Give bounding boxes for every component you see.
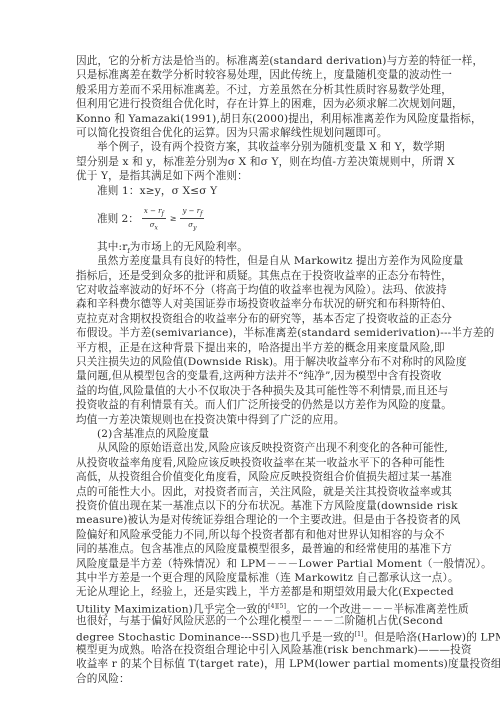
geq-operator: ≥: [170, 214, 177, 223]
citation-ref: [4][5]: [268, 603, 286, 610]
text-line: 克拉克对含期权投资组合的收益率分布的研究等，基本否定了投资收益的正态分: [76, 312, 424, 326]
lhs-fraction: x − rf σx: [142, 207, 166, 232]
text-line: 但利用它进行投资组合优化时，存在计算上的困难，因为必须求解二次规划问题，: [76, 97, 424, 111]
text-line: 模型更为成熟。哈洛在投资组合理论中引入风险基准(risk benchmark)—…: [76, 643, 424, 657]
text-line: Konno 和 Yamazaki(1991),胡日东(2000)提出，利用标准离…: [76, 112, 424, 126]
text-line: 般采用方差而不采用标准离差。不过，方差虽然在分析其性质时容易数学处理，: [76, 83, 424, 97]
text-line: measure)被认为是对传统证券组合理论的一个主要改进。但是由于各投资者的风: [76, 513, 424, 527]
text-line: 森和辛科费尔德等人对美国证券市场投资收益率分布状况的研究和布科斯特伯、: [76, 297, 424, 311]
text-line: 收益率 r 的某个目标值 T(target rate)，用 LPM(lower …: [76, 657, 424, 671]
text-line: 只关注损失边的风险值(Downside Risk)。用于解决收益率分布不对称时的…: [76, 355, 424, 369]
rule-2-formula: 准则 2： x − rf σx ≥ y − rf σy: [76, 204, 424, 234]
text-line: 投资收益的有利情景有关。而人们广泛所接受的仍然是以方差作为风险的度量。: [76, 398, 424, 412]
text-line: 它对收益率波动的好坏不分（将高于均值的收益率也视为风险）。法玛、依波持: [76, 283, 424, 297]
text-line: 点的可能性大小。因此，对投资者而言，关注风险，就是关注其投资收益率或其: [76, 485, 424, 499]
text-line: 举个例子，设有两个投资方案，其收益率分别为随机变量 X 和 Y，数学期: [76, 140, 424, 154]
text-line: 其中半方差是一个更合理的风险度量标准（连 Markowitz 自己都承认这一点）…: [76, 571, 424, 585]
text-line: 从风险的原始语意出发,风险应该反映投资资产出现不利变化的各种可能性,: [76, 441, 424, 455]
text-line: 量问题,但从模型包含的变量看,这两种方法并不“纯净”,因为模型中含有投资收: [76, 369, 424, 383]
text-line: 平方根，正是在这种背景下提出来的，哈洛提出半方差的概念用来度量风险,即: [76, 341, 424, 355]
citation-line: Utility Maximization)几乎完全一致的[4][5]。它的一个改…: [76, 600, 424, 614]
text-line: 从投资收益率角度看,风险应该反映投资收益率在某一收益水平下的各种可能性: [76, 456, 424, 470]
rule-2-label: 准则 2：: [97, 211, 139, 226]
text-line: 布假设。半方差(semivariance)，半标准离差(standard sem…: [76, 326, 424, 340]
text-line: 投资价值出现在某一基准点以下的分布状况。基准下方风险度量(downside ri…: [76, 499, 424, 513]
text-line: 风险度量是半方差（特殊情况）和 LPM－－－Lower Partial Mome…: [76, 557, 424, 571]
text-line: 合的风险：: [76, 672, 424, 686]
text-line: 指标后，还是受到众多的批评和质疑。其焦点在于投资收益率的正态分布特性，: [76, 269, 424, 283]
text-line: 险偏好和风险承受能力不同,所以每个投资者都有和他对世界认知相容的与众不: [76, 528, 424, 542]
text-line: 望分别是 x 和 y，标准差分别为σ X 和σ Y，则在均值-方差决策规则中，所…: [76, 155, 424, 169]
text-line: 可以简化投资组合优化的运算。因为只需求解线性规划问题即可。: [76, 126, 424, 140]
risk-free-note: 其中:rf为市场上的无风险利率。: [76, 240, 424, 254]
text-line: 优于 Y，是指其满足如下两个准则：: [76, 169, 424, 183]
text-line: 因此，它的分析方法是恰当的。标准离差(standard derivation)与…: [76, 54, 424, 68]
citation-line: degree Stochastic Dominance---SSD)也几乎是一致…: [76, 628, 424, 642]
text-line: 高低，从投资组合价值变化角度看，风险应反映投资组合价值损失超过某一基准: [76, 470, 424, 484]
text-line: 虽然方差度量具有良好的特性，但是自从 Markowitz 提出方差作为风险度量: [76, 254, 424, 268]
citation-ref: [1]: [355, 631, 364, 638]
text-line: 同的基准点。包含基准点的风险度量模型很多，最普遍的和经常使用的基准下方: [76, 542, 424, 556]
document-page: 因此，它的分析方法是恰当的。标准离差(standard derivation)与…: [76, 54, 424, 686]
text-line: 益的均值,风险量值的大小不仅取决于各种损失及其可能性等不利情景,而且还与: [76, 384, 424, 398]
rhs-fraction: y − rf σy: [180, 207, 204, 232]
text-line: 只是标准离差在数学分析时较容易处理，因此传统上，度量随机变量的波动性一: [76, 68, 424, 82]
text-line: 无论从理论上，经验上，还是实践上，半方差都是和期望效用最大化(Expected: [76, 585, 424, 599]
text-line: 也很好，与基于偏好风险厌恶的一个公理化模型－－－二阶随机占优(Second: [76, 614, 424, 628]
text-line: 均值一方差决策规则也在投资决策中得到了广泛的应用。: [76, 413, 424, 427]
section-heading: (2)含基准点的风险度量: [76, 427, 424, 441]
rule-1: 准则 1：x≥y，σ X≤σ Y: [76, 184, 424, 198]
